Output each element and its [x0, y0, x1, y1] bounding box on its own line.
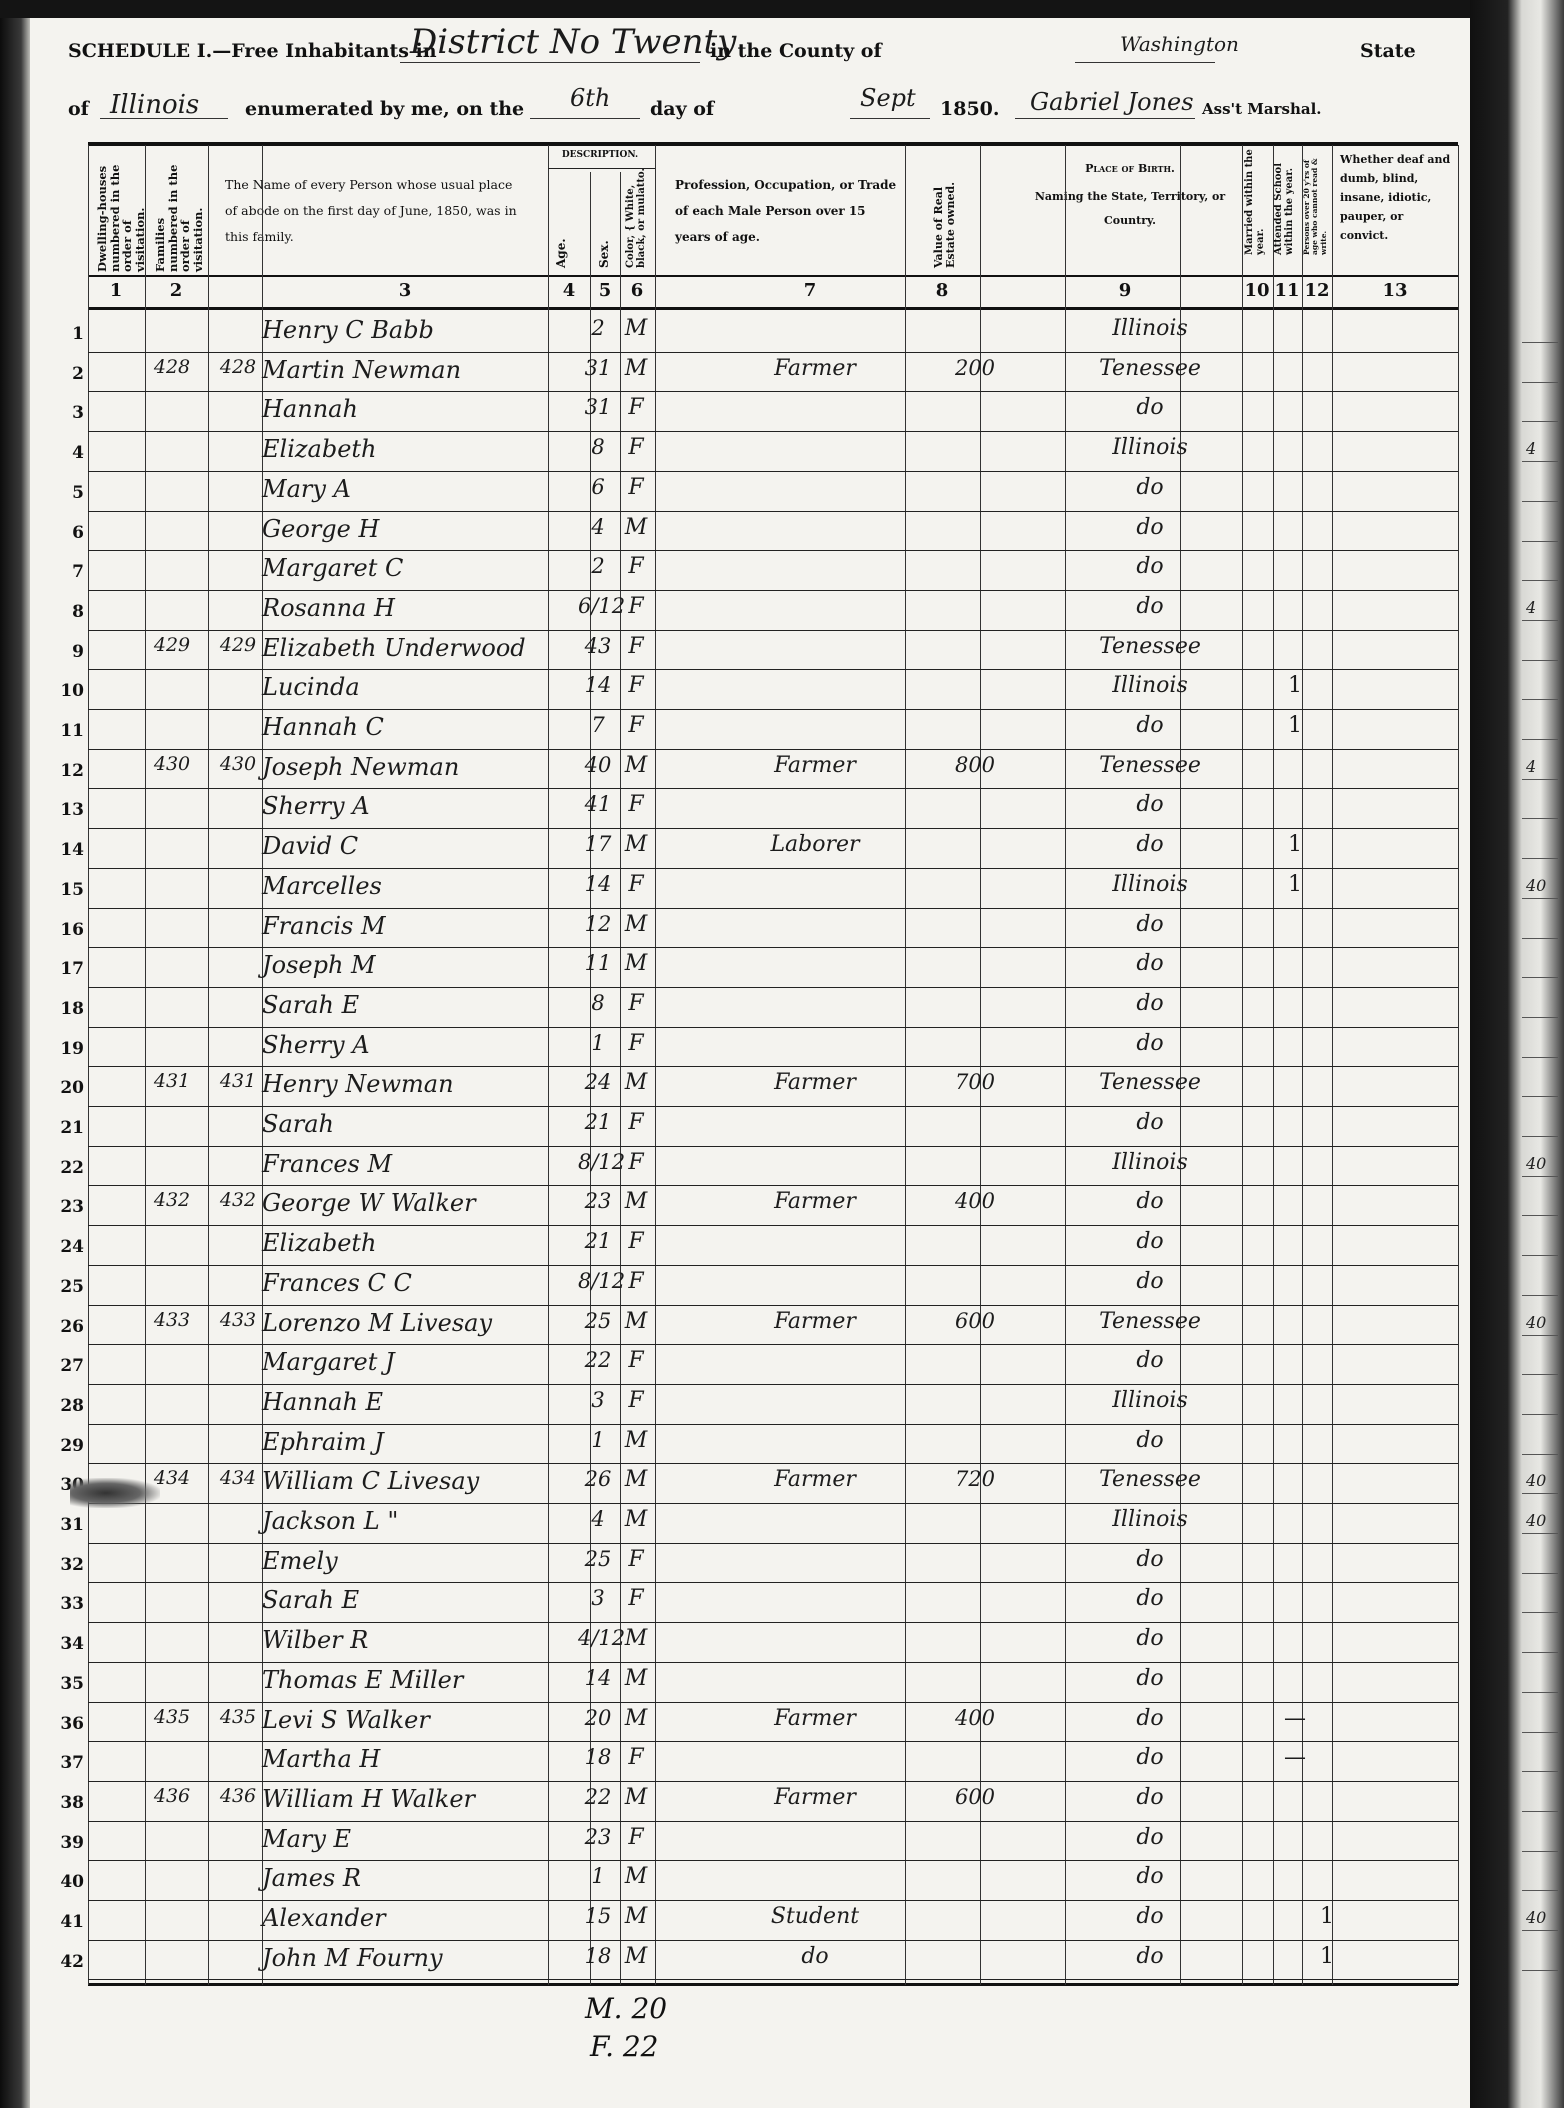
enumerated-label: enumerated by me, on the: [245, 98, 524, 120]
marshal-label: Ass't Marshal.: [1202, 100, 1322, 118]
family-number: 429: [208, 634, 268, 656]
edge-row-rule: [1522, 1215, 1558, 1216]
line-number: 6: [44, 523, 84, 543]
place-of-birth: Illinois: [1015, 1507, 1285, 1532]
line-number: 4: [44, 443, 84, 463]
place-of-birth: Tenessee: [1015, 1309, 1285, 1334]
col13-header: Whether deaf and dumb, blind, insane, id…: [1340, 150, 1455, 245]
table-row[interactable]: 12430430Joseph Newman40MFarmer800Tenesse…: [30, 749, 1470, 789]
person-name: Sarah E: [262, 991, 359, 1019]
column-number: 9: [1105, 280, 1145, 301]
person-sex: M: [618, 1785, 654, 1810]
table-row[interactable]: 34Wilber R4/12Mdo: [30, 1622, 1470, 1662]
edge-row-rule: [1522, 1096, 1558, 1097]
table-row[interactable]: 21Sarah21Fdo: [30, 1106, 1470, 1146]
person-age: 4: [578, 515, 618, 539]
table-row[interactable]: 6George H4Mdo: [30, 511, 1470, 551]
family-number: 433: [208, 1309, 268, 1331]
person-age: 8: [578, 991, 618, 1015]
line-number: 41: [44, 1912, 84, 1932]
line-number: 2: [44, 364, 84, 384]
line-number: 34: [44, 1634, 84, 1654]
person-age: 7: [578, 713, 618, 737]
table-row[interactable]: 29Ephraim J1Mdo: [30, 1424, 1470, 1464]
place-of-birth: Illinois: [1015, 316, 1285, 341]
table-row[interactable]: 35Thomas E Miller14Mdo: [30, 1662, 1470, 1702]
real-estate-value: 700: [935, 1070, 1015, 1094]
table-row[interactable]: 30434434William C Livesay26MFarmer720Ten…: [30, 1463, 1470, 1503]
person-sex: M: [618, 1467, 654, 1492]
state-label: State: [1360, 40, 1416, 62]
table-row[interactable]: 27Margaret J22Fdo: [30, 1344, 1470, 1384]
edge-row-rule: [1522, 1890, 1558, 1891]
person-name: Sarah E: [262, 1586, 359, 1614]
person-age: 12: [578, 912, 618, 936]
col9-header: Naming the State, Territory, or Country.: [1030, 185, 1230, 233]
person-age: 40: [578, 753, 618, 777]
colnum-bottom-rule: [88, 307, 1458, 310]
person-name: Francis M: [262, 912, 386, 940]
edge-row-rule: [1522, 660, 1558, 661]
table-row[interactable]: 23432432George W Walker23MFarmer400do: [30, 1185, 1470, 1225]
county-value: Washington: [1120, 32, 1239, 56]
place-of-birth: Tenessee: [1015, 634, 1285, 659]
table-row[interactable]: 25Frances C C8/12Fdo: [30, 1265, 1470, 1305]
person-name: Emely: [262, 1547, 338, 1575]
place-of-birth: do: [1015, 991, 1285, 1016]
person-sex: F: [618, 792, 654, 817]
table-row[interactable]: 33Sarah E3Fdo: [30, 1582, 1470, 1622]
edge-row-rule: [1522, 779, 1558, 780]
person-age: 1: [578, 1864, 618, 1888]
dwelling-number: 433: [142, 1309, 202, 1331]
person-sex: M: [618, 1626, 654, 1651]
person-name: Ephraim J: [262, 1428, 384, 1456]
col9-title: Place of Birth.: [1030, 162, 1230, 176]
person-sex: F: [618, 1031, 654, 1056]
dwelling-number: 431: [142, 1070, 202, 1092]
line-number: 15: [44, 880, 84, 900]
person-name: Elizabeth: [262, 435, 377, 463]
person-sex: M: [618, 753, 654, 778]
table-row[interactable]: 7Margaret C2Fdo: [30, 550, 1470, 590]
edge-row-rule: [1522, 977, 1558, 978]
place-of-birth: do: [1015, 713, 1285, 738]
edge-row-rule: [1522, 1414, 1558, 1415]
person-name: Sherry A: [262, 1031, 370, 1059]
place-of-birth: do: [1015, 1428, 1285, 1453]
place-of-birth: do: [1015, 554, 1285, 579]
person-age: 2: [578, 554, 618, 578]
person-sex: M: [618, 1428, 654, 1453]
person-occupation: Farmer: [695, 1785, 935, 1810]
place-of-birth: do: [1015, 1666, 1285, 1691]
edge-row-rule: [1522, 858, 1558, 859]
table-row[interactable]: 22Frances M8/12FIllinois: [30, 1146, 1470, 1186]
place-of-birth: do: [1015, 1864, 1285, 1889]
attended-school-mark: 1: [1280, 832, 1310, 857]
day-value: 6th: [570, 84, 610, 112]
real-estate-value: 200: [935, 356, 1015, 380]
person-name: William C Livesay: [262, 1467, 479, 1495]
line-number: 27: [44, 1356, 84, 1376]
person-age: 1: [578, 1428, 618, 1452]
person-sex: M: [618, 1507, 654, 1532]
person-age: 23: [578, 1825, 618, 1849]
table-row[interactable]: 32Emely25Fdo: [30, 1543, 1470, 1583]
edge-row-rule: [1522, 501, 1558, 502]
row-rule: [88, 1979, 1458, 1980]
person-sex: M: [618, 1944, 654, 1969]
person-name: Lorenzo M Livesay: [262, 1309, 492, 1337]
col12-header: Persons over 20 y'rs of age who cannot r…: [1303, 145, 1328, 255]
person-name: Mary E: [262, 1825, 351, 1853]
line-number: 22: [44, 1158, 84, 1178]
place-of-birth: do: [1015, 475, 1285, 500]
table-row[interactable]: 17Joseph M11Mdo: [30, 947, 1470, 987]
line-number: 35: [44, 1674, 84, 1694]
edge-row-rule: [1522, 739, 1558, 740]
edge-mark: 40: [1526, 1471, 1546, 1490]
place-of-birth: do: [1015, 1031, 1285, 1056]
person-age: 14: [578, 673, 618, 697]
place-of-birth: Tenessee: [1015, 1070, 1285, 1095]
person-sex: F: [618, 673, 654, 698]
edge-row-rule: [1522, 1454, 1558, 1455]
person-name: Henry C Babb: [262, 316, 434, 344]
table-row[interactable]: 36435435Levi S Walker20MFarmer400do—: [30, 1702, 1470, 1742]
column-number: 13: [1375, 280, 1415, 301]
table-row[interactable]: 5Mary A6Fdo: [30, 471, 1470, 511]
person-sex: M: [618, 951, 654, 976]
table-row[interactable]: 3Hannah31Fdo: [30, 391, 1470, 431]
person-sex: M: [618, 912, 654, 937]
person-name: Hannah: [262, 395, 358, 423]
person-occupation: Laborer: [695, 832, 935, 857]
col11-header: Attended School within the year.: [1273, 145, 1295, 255]
person-age: 17: [578, 832, 618, 856]
person-occupation: Farmer: [695, 1070, 935, 1095]
table-row[interactable]: 37Martha H18Fdo—: [30, 1741, 1470, 1781]
state-underline: [100, 118, 228, 119]
dwelling-number: 429: [142, 634, 202, 656]
schedule-label: SCHEDULE I.—Free Inhabitants in: [68, 40, 437, 62]
column-number: 3: [385, 280, 425, 301]
person-name: Frances M: [262, 1150, 392, 1178]
person-age: 6/12: [578, 594, 618, 618]
person-name: George H: [262, 515, 379, 543]
place-of-birth: do: [1015, 832, 1285, 857]
real-estate-value: 600: [935, 1785, 1015, 1809]
place-of-birth: do: [1015, 1706, 1285, 1731]
edge-row-rule: [1522, 382, 1558, 383]
place-of-birth: do: [1015, 594, 1285, 619]
person-age: 20: [578, 1706, 618, 1730]
column-number: 4: [549, 280, 589, 301]
table-row[interactable]: 8Rosanna H6/12Fdo: [30, 590, 1470, 630]
person-age: 23: [578, 1189, 618, 1213]
edge-row-rule: [1522, 342, 1558, 343]
person-age: 21: [578, 1229, 618, 1253]
cannot-read-write-mark: 1: [1312, 1944, 1342, 1969]
person-age: 25: [578, 1309, 618, 1333]
person-name: Joseph Newman: [262, 753, 459, 781]
person-sex: F: [618, 1110, 654, 1135]
person-sex: F: [618, 554, 654, 579]
column-number: 2: [156, 280, 196, 301]
place-of-birth: Tenessee: [1015, 1467, 1285, 1492]
person-name: Margaret C: [262, 554, 403, 582]
edge-row-rule: [1522, 1176, 1558, 1177]
person-sex: M: [618, 1864, 654, 1889]
person-sex: F: [618, 991, 654, 1016]
edge-row-rule: [1522, 580, 1558, 581]
person-sex: F: [618, 1229, 654, 1254]
place-of-birth: Illinois: [1015, 673, 1285, 698]
table-row[interactable]: 41Alexander15MStudentdo1: [30, 1900, 1470, 1940]
family-number: 435: [208, 1706, 268, 1728]
edge-mark: 4: [1526, 757, 1536, 776]
person-sex: F: [618, 634, 654, 659]
person-sex: F: [618, 713, 654, 738]
table-row[interactable]: 39Mary E23Fdo: [30, 1821, 1470, 1861]
table-row[interactable]: 26433433Lorenzo M Livesay25MFarmer600Ten…: [30, 1305, 1470, 1345]
person-sex: F: [618, 594, 654, 619]
person-sex: F: [618, 1547, 654, 1572]
family-number: 430: [208, 753, 268, 775]
edge-mark: 40: [1526, 1908, 1546, 1927]
real-estate-value: 400: [935, 1189, 1015, 1213]
person-sex: M: [618, 1070, 654, 1095]
line-number: 31: [44, 1515, 84, 1535]
person-occupation: Farmer: [695, 1189, 935, 1214]
person-age: 14: [578, 872, 618, 896]
place-of-birth: do: [1015, 1944, 1285, 1969]
person-name: Sarah: [262, 1110, 334, 1138]
place-of-birth: Illinois: [1015, 1388, 1285, 1413]
person-sex: F: [618, 435, 654, 460]
person-name: Wilber R: [262, 1626, 368, 1654]
table-row[interactable]: 10Lucinda14FIllinois1: [30, 669, 1470, 709]
table-row[interactable]: 31Jackson L "4MIllinois: [30, 1503, 1470, 1543]
marshal-underline: [1015, 118, 1195, 119]
person-name: Joseph M: [262, 951, 376, 979]
person-age: 3: [578, 1586, 618, 1610]
line-number: 29: [44, 1436, 84, 1456]
edge-row-rule: [1522, 1732, 1558, 1733]
of-label: of: [68, 98, 89, 120]
marshal-value: Gabriel Jones: [1030, 88, 1194, 116]
person-age: 22: [578, 1785, 618, 1809]
person-name: David C: [262, 832, 358, 860]
place-of-birth: do: [1015, 1825, 1285, 1850]
place-of-birth: do: [1015, 1745, 1285, 1770]
table-row[interactable]: 9429429Elizabeth Underwood43FTenessee: [30, 630, 1470, 670]
line-number: 17: [44, 959, 84, 979]
place-of-birth: do: [1015, 1269, 1285, 1294]
line-number: 28: [44, 1396, 84, 1416]
person-name: William H Walker: [262, 1785, 475, 1813]
table-row[interactable]: 16Francis M12Mdo: [30, 908, 1470, 948]
place-of-birth: do: [1015, 1904, 1285, 1929]
table-row[interactable]: 13Sherry A41Fdo: [30, 788, 1470, 828]
person-name: James R: [262, 1864, 361, 1892]
person-sex: M: [618, 1666, 654, 1691]
table-row[interactable]: 4Elizabeth8FIllinois: [30, 431, 1470, 471]
line-number: 26: [44, 1317, 84, 1337]
edge-mark: 40: [1526, 1511, 1546, 1530]
person-name: Margaret J: [262, 1348, 395, 1376]
real-estate-value: 400: [935, 1706, 1015, 1730]
edge-mark: 40: [1526, 876, 1546, 895]
edge-row-rule: [1522, 1374, 1558, 1375]
line-number: 39: [44, 1833, 84, 1853]
place-of-birth: do: [1015, 1626, 1285, 1651]
year-value: 1850.: [940, 98, 1000, 120]
person-name: Hannah C: [262, 713, 384, 741]
person-name: Elizabeth: [262, 1229, 377, 1257]
census-page: SCHEDULE I.—Free Inhabitants in District…: [30, 0, 1470, 2108]
line-number: 12: [44, 761, 84, 781]
person-sex: F: [618, 1269, 654, 1294]
family-number: 428: [208, 356, 268, 378]
table-row[interactable]: 19Sherry A1Fdo: [30, 1027, 1470, 1067]
person-age: 26: [578, 1467, 618, 1491]
person-age: 2: [578, 316, 618, 340]
table-row[interactable]: 24Elizabeth21Fdo: [30, 1225, 1470, 1265]
line-number: 40: [44, 1872, 84, 1892]
person-age: 31: [578, 395, 618, 419]
person-sex: F: [618, 395, 654, 420]
edge-row-rule: [1522, 1811, 1558, 1812]
line-number: 10: [44, 681, 84, 701]
place-of-birth: do: [1015, 792, 1285, 817]
month-value: Sept: [860, 84, 916, 112]
col10-header: Married within the year.: [1244, 145, 1266, 255]
real-estate-value: 800: [935, 753, 1015, 777]
header-bottom-rule: [88, 275, 1458, 277]
person-age: 18: [578, 1944, 618, 1968]
person-age: 1: [578, 1031, 618, 1055]
table-row[interactable]: 38436436William H Walker22MFarmer600do: [30, 1781, 1470, 1821]
person-occupation: Farmer: [695, 753, 935, 778]
col2-header: Families numbered in the order of visita…: [154, 154, 205, 272]
district-value: District No Twenty: [410, 22, 736, 62]
table-row[interactable]: 28Hannah E3FIllinois: [30, 1384, 1470, 1424]
person-age: 31: [578, 356, 618, 380]
edge-row-rule: [1522, 818, 1558, 819]
edge-row-rule: [1522, 1573, 1558, 1574]
person-name: Thomas E Miller: [262, 1666, 463, 1694]
edge-row-rule: [1522, 1017, 1558, 1018]
person-name: Martha H: [262, 1745, 380, 1773]
family-number: 434: [208, 1467, 268, 1489]
person-occupation: Student: [695, 1904, 935, 1929]
dwelling-number: 428: [142, 356, 202, 378]
line-number: 19: [44, 1039, 84, 1059]
table-row[interactable]: 18Sarah E8Fdo: [30, 987, 1470, 1027]
table-row[interactable]: 1Henry C Babb2MIllinois: [30, 312, 1470, 352]
person-occupation: Farmer: [695, 356, 935, 381]
table-row[interactable]: 42John M Fourny18Mdodo1: [30, 1940, 1470, 1980]
col4-header: Age.: [555, 238, 568, 268]
real-estate-value: 720: [935, 1467, 1015, 1491]
person-age: 22: [578, 1348, 618, 1372]
line-number: 25: [44, 1277, 84, 1297]
col3-header: The Name of every Person whose usual pla…: [225, 172, 525, 250]
table-row[interactable]: 11Hannah C7Fdo1: [30, 709, 1470, 749]
edge-mark: 4: [1526, 598, 1536, 617]
place-of-birth: do: [1015, 1586, 1285, 1611]
person-name: Lucinda: [262, 673, 360, 701]
edge-row-rule: [1522, 938, 1558, 939]
table-row[interactable]: 15Marcelles14FIllinois1: [30, 868, 1470, 908]
attended-school-mark: 1: [1280, 673, 1310, 698]
cannot-read-write-mark: 1: [1312, 1904, 1342, 1929]
col8-header: Value of Real Estate owned.: [933, 158, 957, 268]
person-age: 8/12: [578, 1269, 618, 1293]
person-sex: M: [618, 832, 654, 857]
edge-row-rule: [1522, 898, 1558, 899]
person-age: 21: [578, 1110, 618, 1134]
person-age: 25: [578, 1547, 618, 1571]
person-age: 15: [578, 1904, 618, 1928]
person-age: 11: [578, 951, 618, 975]
person-name: Elizabeth Underwood: [262, 634, 526, 662]
line-number: 16: [44, 920, 84, 940]
family-number: 436: [208, 1785, 268, 1807]
table-row[interactable]: 20431431Henry Newman24MFarmer700Tenessee: [30, 1066, 1470, 1106]
person-sex: F: [618, 1388, 654, 1413]
person-age: 4/12: [578, 1626, 618, 1650]
attended-school-mark: 1: [1280, 713, 1310, 738]
person-sex: F: [618, 1825, 654, 1850]
edge-row-rule: [1522, 1771, 1558, 1772]
place-of-birth: do: [1015, 1547, 1285, 1572]
scan-left-edge: [0, 0, 30, 2108]
person-name: Henry Newman: [262, 1070, 454, 1098]
line-number: 5: [44, 483, 84, 503]
person-age: 41: [578, 792, 618, 816]
person-name: Levi S Walker: [262, 1706, 430, 1734]
county-underline: [1075, 62, 1215, 63]
edge-row-rule: [1522, 1970, 1558, 1971]
ink-stain: [70, 1478, 160, 1508]
table-row[interactable]: 2428428Martin Newman31MFarmer200Tenessee: [30, 352, 1470, 392]
month-underline: [850, 118, 930, 119]
attended-school-mark: 1: [1280, 872, 1310, 897]
person-occupation: do: [695, 1944, 935, 1969]
person-name: Mary A: [262, 475, 351, 503]
table-row[interactable]: 40James R1Mdo: [30, 1860, 1470, 1900]
real-estate-value: 600: [935, 1309, 1015, 1333]
place-of-birth: do: [1015, 951, 1285, 976]
place-of-birth: do: [1015, 1348, 1285, 1373]
person-name: Frances C C: [262, 1269, 412, 1297]
person-age: 6: [578, 475, 618, 499]
person-sex: F: [618, 1586, 654, 1611]
table-row[interactable]: 14David C17MLaborerdo1: [30, 828, 1470, 868]
day-underline: [530, 118, 640, 119]
place-of-birth: Illinois: [1015, 1150, 1285, 1175]
edge-row-rule: [1522, 1335, 1558, 1336]
edge-row-rule: [1522, 1652, 1558, 1653]
place-of-birth: Illinois: [1015, 872, 1285, 897]
dwelling-number: 436: [142, 1785, 202, 1807]
person-sex: M: [618, 1904, 654, 1929]
person-sex: F: [618, 1348, 654, 1373]
line-number: 20: [44, 1078, 84, 1098]
